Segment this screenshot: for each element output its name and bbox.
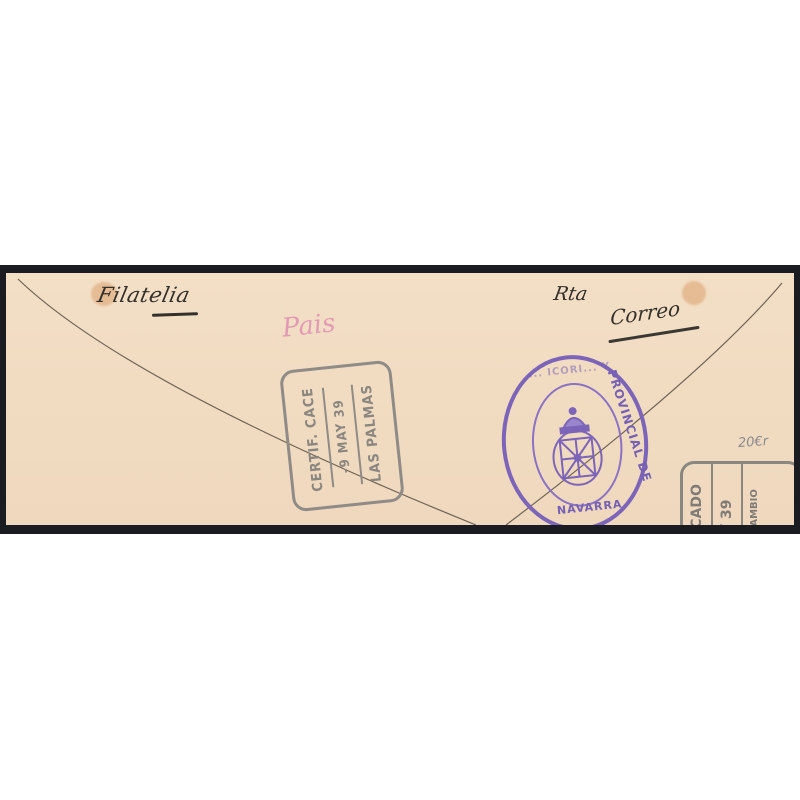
postmark-partial-right: CAMBIO: [749, 464, 760, 525]
postmark-las-palmas: CERTIF. CACE -9 MAY 39 LAS PALMAS: [279, 360, 405, 513]
handwritten-rta: Rta: [552, 283, 589, 305]
postmark-partial: ICADO Y 39 CAMBIO: [680, 461, 794, 525]
cachet-top-text: ... ICORI... Y: [528, 361, 611, 381]
handwritten-pais: Pais: [281, 308, 337, 343]
postmark-right-line: LAS PALMAS: [358, 383, 384, 482]
postmark-partial-date: Y 39: [719, 464, 735, 525]
handwritten-filatelia: Filatelia: [95, 283, 192, 307]
postmark-date: -9 MAY 39: [331, 398, 354, 473]
glue-stain: [682, 281, 706, 305]
pencil-note: 20€r: [738, 434, 769, 451]
navarra-crest-icon: [542, 400, 611, 492]
envelope-back: Filatelia Pais Rta Correo 20€r CERTIF. C…: [6, 273, 794, 525]
postmark-divider: [711, 464, 713, 525]
postmark-partial-left: ICADO: [689, 464, 705, 525]
postmark-divider: [741, 464, 743, 525]
